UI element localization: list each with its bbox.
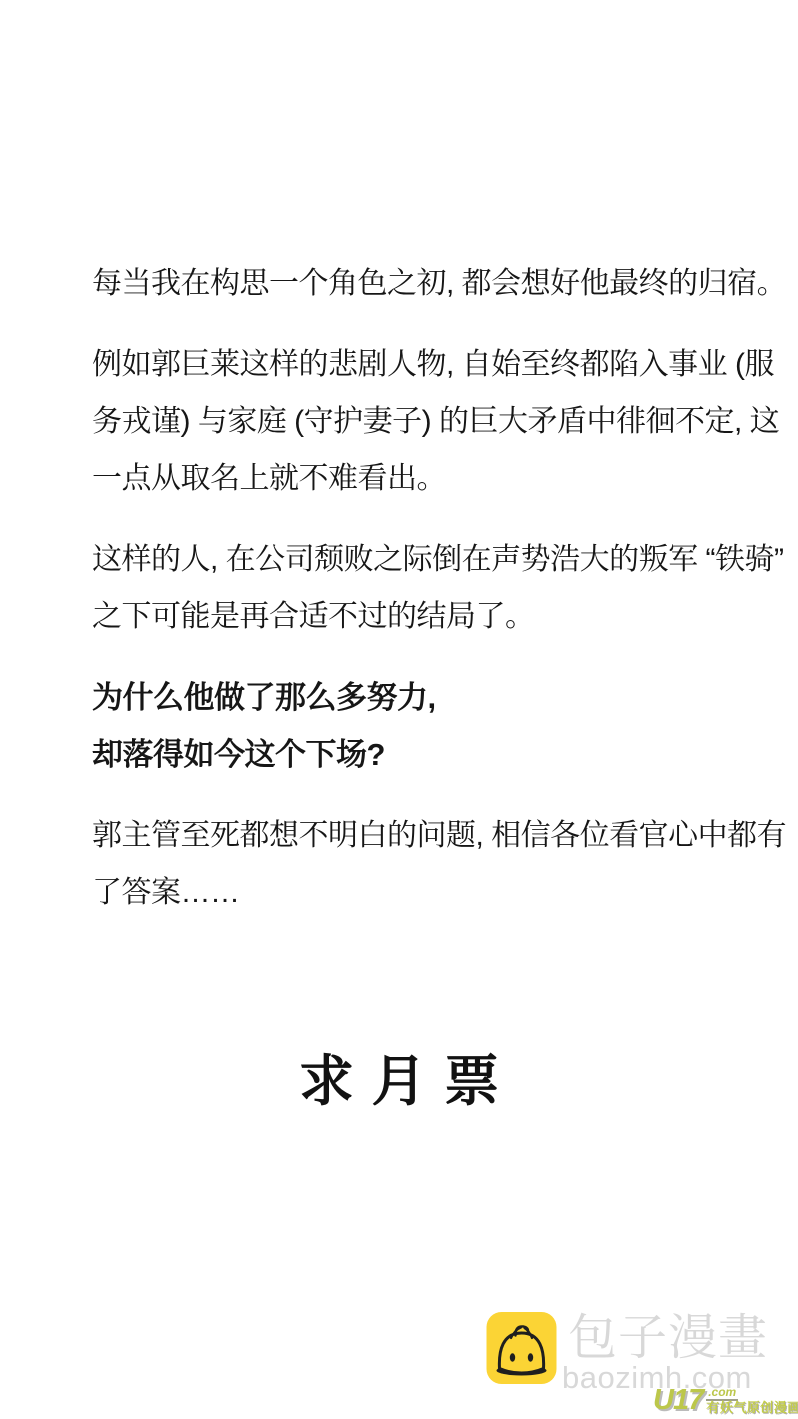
baozi-bun-icon [486,1311,557,1385]
note-line: 每当我在构思一个角色之初, 都会想好他最终的归宿。 [92,255,732,312]
u17-tld-text: .com [706,1386,738,1401]
note-line: 郭主管至死都想不明白的问题, 相信各位看官心中都有 [92,807,732,864]
note-paragraph: 郭主管至死都想不明白的问题, 相信各位看官心中都有 了答案…… [92,807,732,921]
u17-logo-right: .com 有妖气原创漫画 [706,1386,798,1415]
note-line: 这样的人, 在公司颓败之际倒在声势浩大的叛军 “铁骑” [92,531,732,588]
note-line: 一点从取名上就不难看出。 [92,450,732,507]
note-paragraph: 例如郭巨莱这样的悲剧人物, 自始至终都陷入事业 (服 务戎谨) 与家庭 (守护妻… [92,336,732,507]
author-note-text-block: 每当我在构思一个角色之初, 都会想好他最终的归宿。 例如郭巨莱这样的悲剧人物, … [92,255,732,921]
note-paragraph: 这样的人, 在公司颓败之际倒在声势浩大的叛军 “铁骑” 之下可能是再合适不过的结… [92,531,732,645]
note-line: 务戎谨) 与家庭 (守护妻子) 的巨大矛盾中徘徊不定, 这 [92,393,732,450]
comic-author-note-page: 每当我在构思一个角色之初, 都会想好他最终的归宿。 例如郭巨莱这样的悲剧人物, … [0,0,798,1419]
u17-logo-text: U17 [653,1386,703,1415]
note-line: 之下可能是再合适不过的结局了。 [92,588,732,645]
u17-watermark: U17 .com 有妖气原创漫画 [653,1386,798,1415]
note-paragraph: 每当我在构思一个角色之初, 都会想好他最终的归宿。 [92,255,732,312]
monthly-ticket-calligraphy: 求月票 [0,1048,798,1114]
note-line: 例如郭巨莱这样的悲剧人物, 自始至终都陷入事业 (服 [92,336,732,393]
u17-tagline-text: 有妖气原创漫画 [706,1401,798,1415]
note-line: 了答案…… [92,864,732,921]
baozimh-watermark-title: 包子漫畫 [568,1312,768,1364]
note-line: 却落得如今这个下场? [92,726,732,783]
note-paragraph-emphasis: 为什么他做了那么多努力, 却落得如今这个下场? [92,669,732,783]
note-line: 为什么他做了那么多努力, [92,669,732,726]
